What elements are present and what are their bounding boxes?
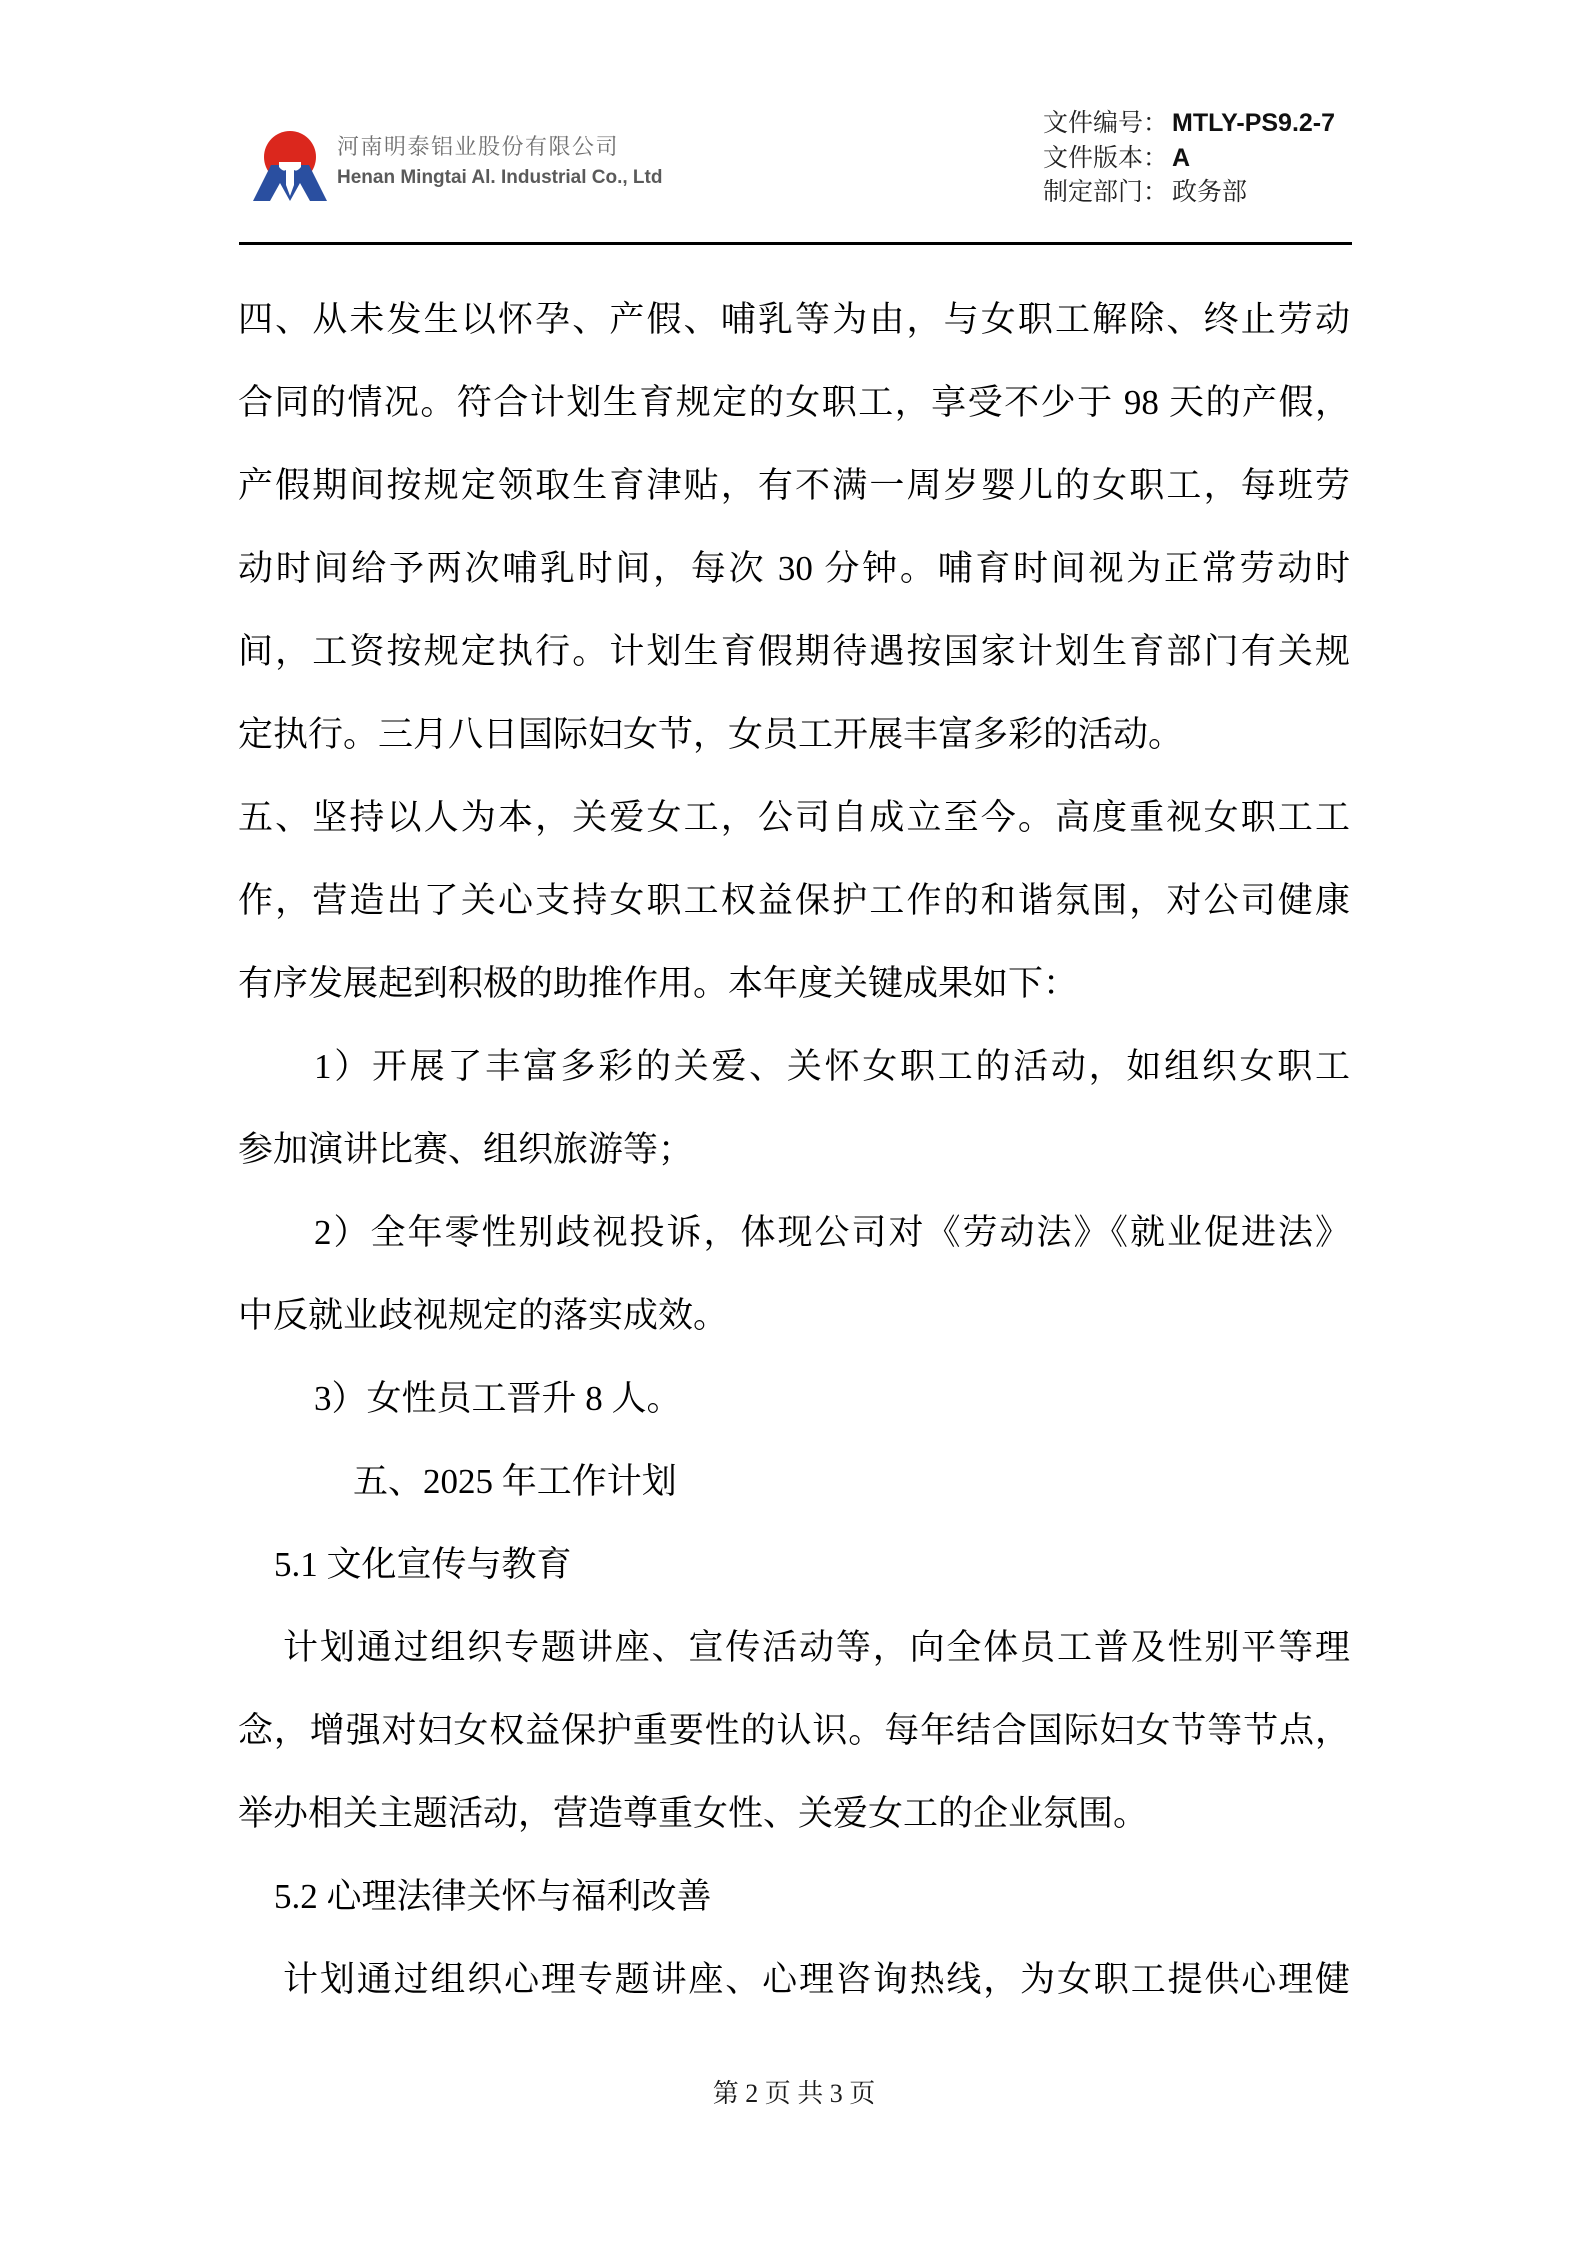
document-page: 河南明泰铝业股份有限公司 Henan Mingtai Al. Industria…: [0, 0, 1587, 2245]
doc-dept-row: 制定部门：政务部: [1043, 176, 1335, 210]
company-name-block: 河南明泰铝业股份有限公司 Henan Mingtai Al. Industria…: [337, 133, 662, 189]
header-divider: [239, 242, 1352, 245]
body-line: 间，工资按规定执行。计划生育假期待遇按国家计划生育部门有关规: [238, 610, 1350, 693]
body-line-list-item: 2）全年零性别歧视投诉，体现公司对《劳动法》《就业促进法》: [238, 1191, 1350, 1274]
body-line: 合同的情况。符合计划生育规定的女职工，享受不少于 98 天的产假，: [238, 361, 1350, 444]
company-name-en: Henan Mingtai Al. Industrial Co., Ltd: [337, 166, 662, 189]
body-line-list-item: 3）女性员工晋升 8 人。: [238, 1357, 1350, 1440]
body-line: 举办相关主题活动，营造尊重女性、关爱女工的企业氛围。: [238, 1772, 1350, 1855]
body-line: 五、坚持以人为本，关爱女工，公司自成立至今。高度重视女职工工: [238, 776, 1350, 859]
body-line: 产假期间按规定领取生育津贴，有不满一周岁婴儿的女职工，每班劳: [238, 444, 1350, 527]
body-line: 中反就业歧视规定的落实成效。: [238, 1274, 1350, 1357]
doc-version-row: 文件版本：A: [1043, 141, 1335, 176]
company-name-zh: 河南明泰铝业股份有限公司: [337, 133, 662, 160]
doc-number-value: MTLY-PS9.2-7: [1172, 109, 1335, 137]
body-line: 定执行。三月八日国际妇女节，女员工开展丰富多彩的活动。: [238, 693, 1350, 776]
doc-version-value: A: [1172, 144, 1190, 172]
body-line: 计划通过组织心理专题讲座、心理咨询热线，为女职工提供心理健: [238, 1938, 1350, 2021]
company-logo: [253, 131, 333, 203]
doc-number-row: 文件编号：MTLY-PS9.2-7: [1043, 106, 1335, 141]
body-line: 四、从未发生以怀孕、产假、哺乳等为由，与女职工解除、终止劳动: [238, 278, 1350, 361]
body-line-section-heading: 五、2025 年工作计划: [238, 1440, 1350, 1523]
document-body: 四、从未发生以怀孕、产假、哺乳等为由，与女职工解除、终止劳动 合同的情况。符合计…: [238, 278, 1350, 2021]
doc-number-label: 文件编号：: [1043, 110, 1168, 137]
body-line-subsection-heading: 5.2 心理法律关怀与福利改善: [238, 1855, 1350, 1938]
doc-info-block: 文件编号：MTLY-PS9.2-7 文件版本：A 制定部门：政务部: [1043, 106, 1335, 210]
body-line: 动时间给予两次哺乳时间，每次 30 分钟。哺育时间视为正常劳动时: [238, 527, 1350, 610]
doc-version-label: 文件版本：: [1043, 145, 1168, 172]
body-line: 念，增强对妇女权益保护重要性的认识。每年结合国际妇女节等节点，: [238, 1689, 1350, 1772]
logo-graphic: [253, 131, 333, 203]
body-line: 参加演讲比赛、组织旅游等；: [238, 1108, 1350, 1191]
doc-dept-label: 制定部门：: [1043, 179, 1168, 206]
body-line: 作，营造出了关心支持女职工权益保护工作的和谐氛围，对公司健康: [238, 859, 1350, 942]
body-line: 计划通过组织专题讲座、宣传活动等，向全体员工普及性别平等理: [238, 1606, 1350, 1689]
body-line: 有序发展起到积极的助推作用。本年度关键成果如下：: [238, 942, 1350, 1025]
page-number-footer: 第 2 页 共 3 页: [238, 2074, 1350, 2114]
body-line-list-item: 1）开展了丰富多彩的关爱、关怀女职工的活动，如组织女职工: [238, 1025, 1350, 1108]
body-line-subsection-heading: 5.1 文化宣传与教育: [238, 1523, 1350, 1606]
doc-dept-value: 政务部: [1172, 179, 1247, 206]
